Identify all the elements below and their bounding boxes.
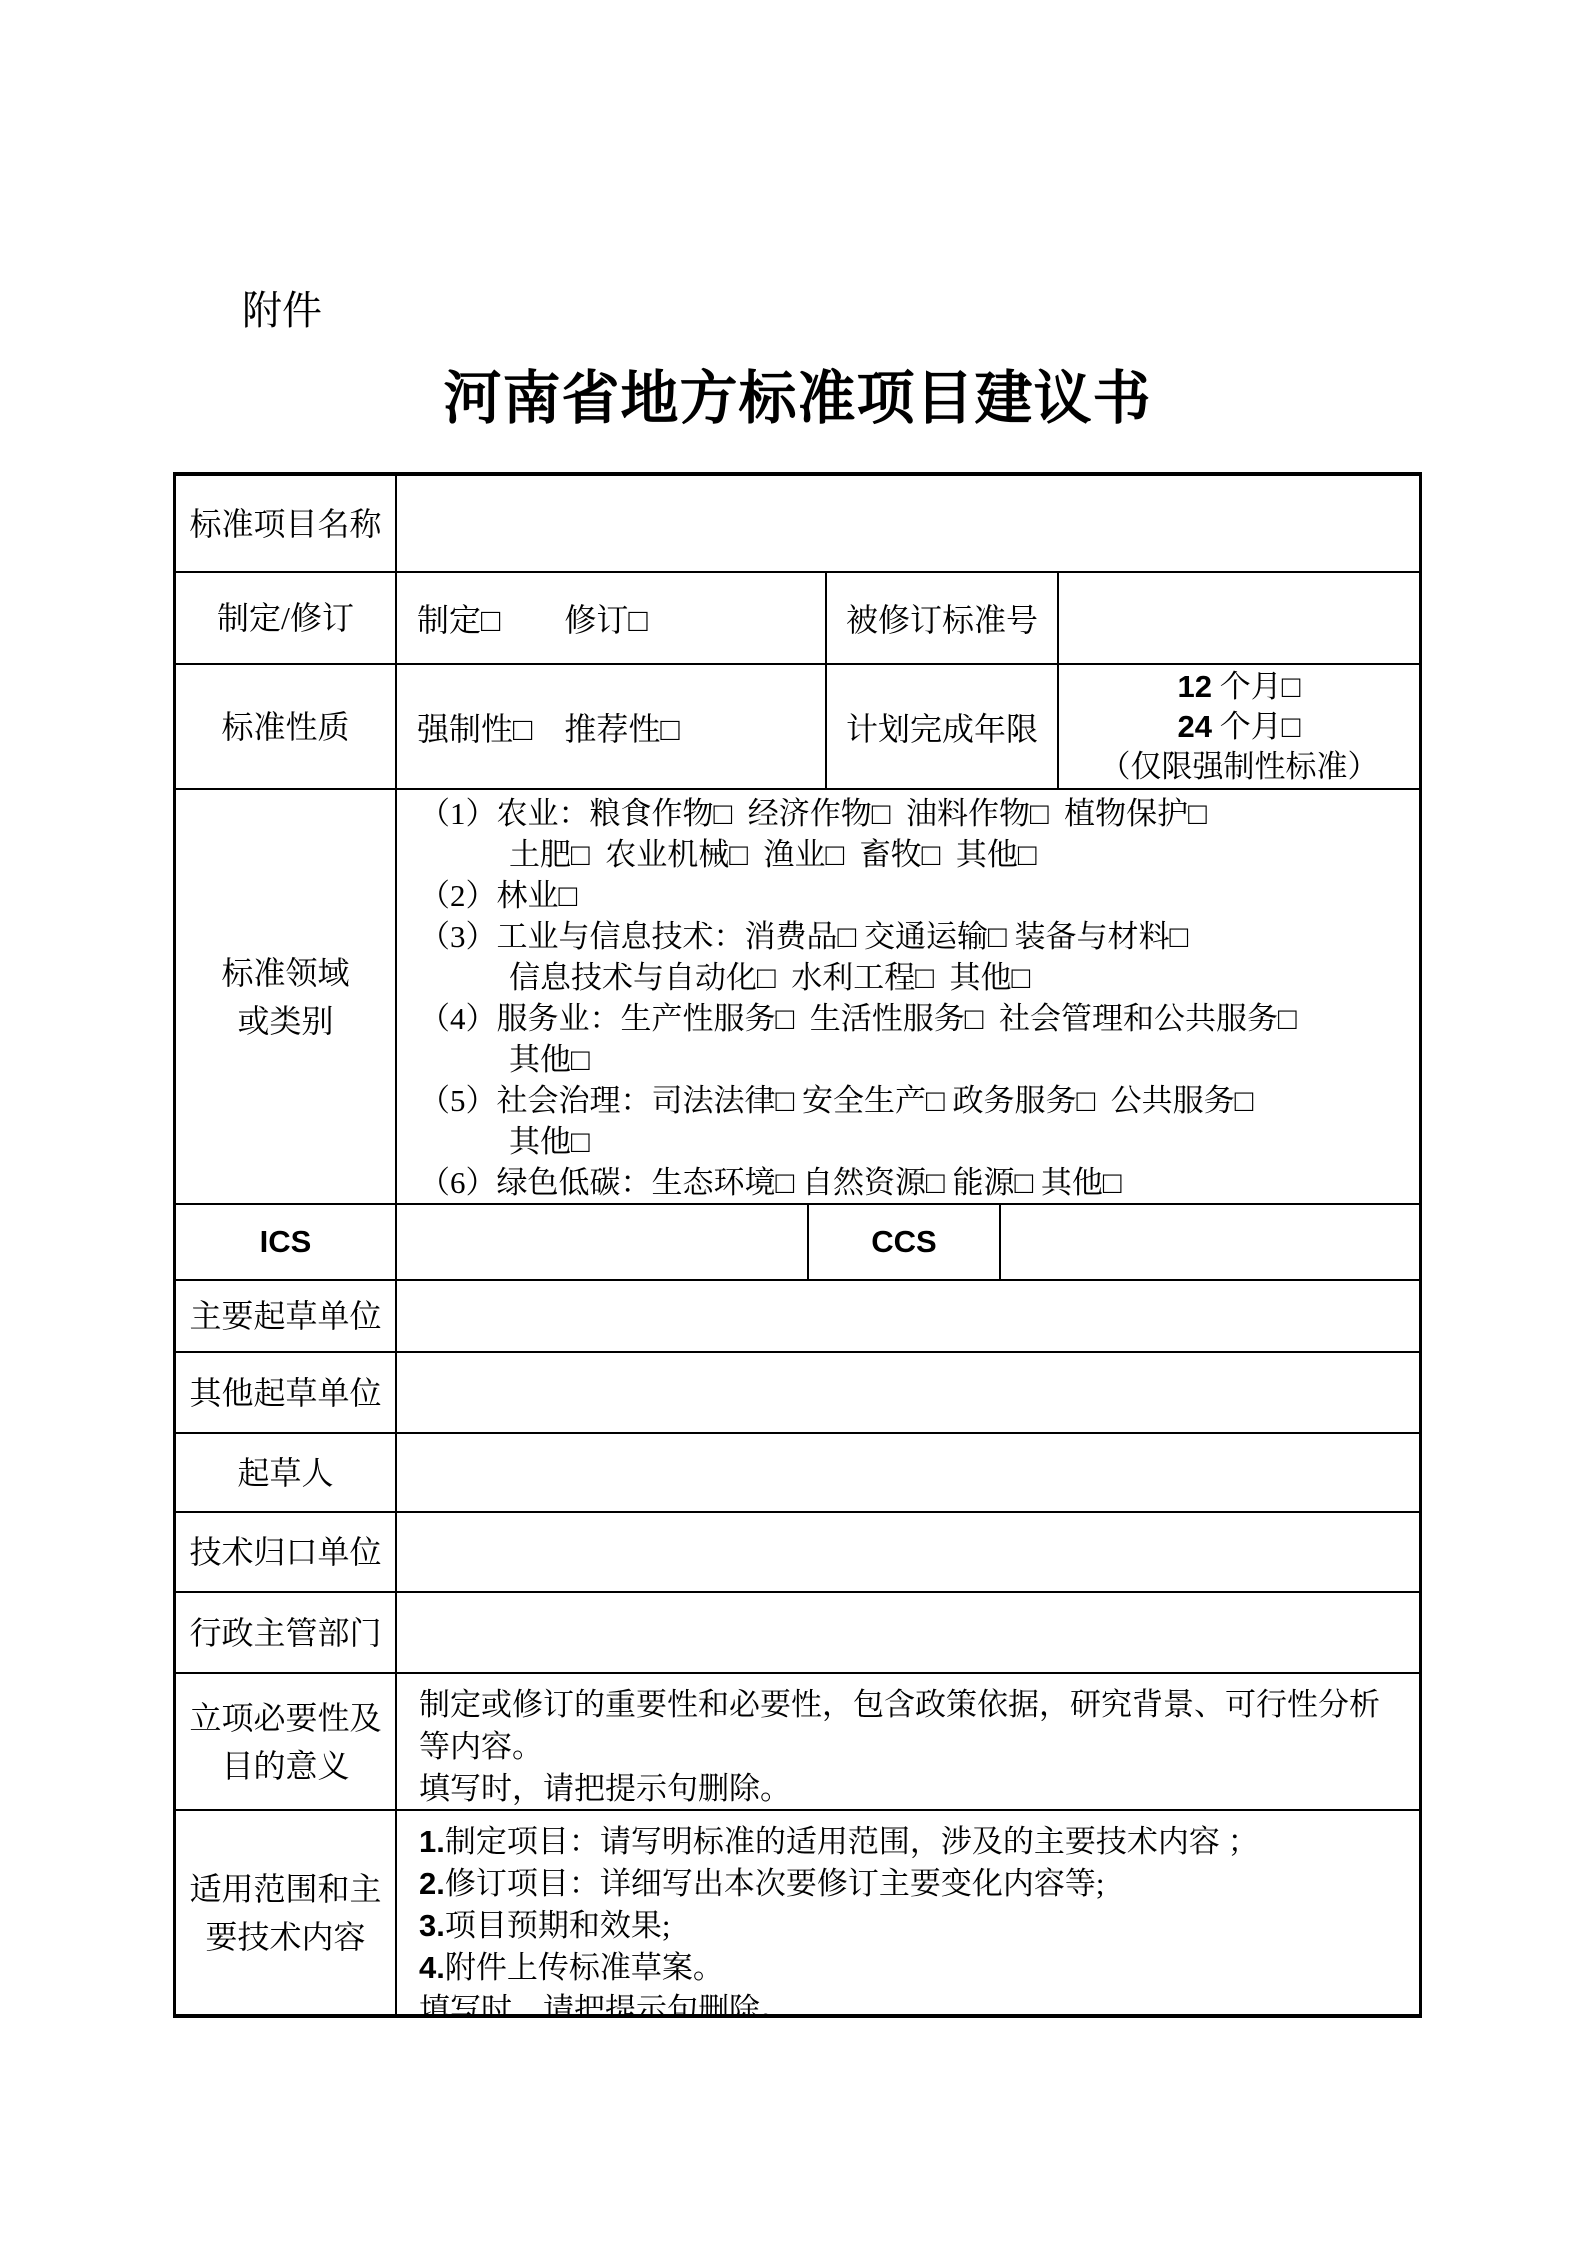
attachment-label: 附件 xyxy=(242,288,322,334)
standard-nature-checkboxes[interactable]: 强制性□ 推荐性□ xyxy=(397,665,827,788)
standard-domain-label-line1: 标准领域 xyxy=(221,949,349,997)
scope-line-number: 2. xyxy=(419,1866,445,1901)
technical-org-input-cell[interactable] xyxy=(397,1513,1419,1591)
plan-option-24-months[interactable]: 24 个月□ xyxy=(1178,707,1301,747)
other-drafting-org-label: 其他起草单位 xyxy=(176,1353,397,1432)
domain-option-industry-it[interactable]: （3）工业与信息技术：消费品□ 交通运输□ 装备与材料□ xyxy=(397,916,1419,957)
plan-24-number: 24 xyxy=(1178,709,1212,744)
row-main-drafting-org: 主要起草单位 xyxy=(176,1281,1419,1353)
necessity-hint-line: 制定或修订的重要性和必要性，包含政策依据，研究背景、可行性分析 xyxy=(419,1684,1399,1726)
scope-line-text: 附件上传标准草案。 xyxy=(445,1950,724,1985)
scope-line-text: 项目预期和效果; xyxy=(445,1908,671,1943)
project-name-label: 标准项目名称 xyxy=(176,476,397,571)
row-scope: 适用范围和主 要技术内容 1.制定项目：请写明标准的适用范围，涉及的主要技术内容… xyxy=(176,1811,1419,2014)
necessity-hint-text: 制定或修订的重要性和必要性，包含政策依据，研究背景、可行性分析 等内容。 填写时… xyxy=(397,1674,1419,1809)
row-other-drafting-org: 其他起草单位 xyxy=(176,1353,1419,1434)
main-drafting-org-input-cell[interactable] xyxy=(397,1281,1419,1351)
scope-hint-line: 2.修订项目：详细写出本次要修订主要变化内容等; xyxy=(419,1863,1399,1905)
plan-option-note: （仅限强制性标准） xyxy=(1100,747,1379,787)
revised-standard-no-label: 被修订标准号 xyxy=(827,573,1059,663)
admin-dept-label: 行政主管部门 xyxy=(176,1593,397,1672)
scope-line-number: 4. xyxy=(419,1950,445,1985)
standard-domain-options: （1）农业：粮食作物□ 经济作物□ 油料作物□ 植物保护□ 土肥□ 农业机械□ … xyxy=(397,790,1419,1203)
scope-line-text: 填写时，请把提示句删除。 xyxy=(419,1992,791,2014)
ccs-label: CCS xyxy=(809,1205,1001,1279)
domain-option-agriculture-2[interactable]: 土肥□ 农业机械□ 渔业□ 畜牧□ 其他□ xyxy=(397,834,1419,875)
row-admin-dept: 行政主管部门 xyxy=(176,1593,1419,1674)
standard-nature-label: 标准性质 xyxy=(176,665,397,788)
row-project-name: 标准项目名称 xyxy=(176,476,1419,573)
scope-label-line1: 适用范围和主 xyxy=(189,1865,381,1913)
domain-option-governance[interactable]: （5）社会治理：司法法律□ 安全生产□ 政务服务□ 公共服务□ xyxy=(397,1080,1419,1121)
necessity-label-line1: 立项必要性及 xyxy=(189,1694,381,1742)
plan-note-text: （仅限强制性标准） xyxy=(1100,749,1379,784)
project-name-input-cell[interactable] xyxy=(397,476,1419,571)
plan-24-text: 个月□ xyxy=(1212,709,1300,744)
scope-line-number: 3. xyxy=(419,1908,445,1943)
technical-org-label: 技术归口单位 xyxy=(176,1513,397,1591)
drafters-label: 起草人 xyxy=(176,1434,397,1511)
domain-option-services-2[interactable]: 其他□ xyxy=(397,1039,1419,1080)
row-technical-org: 技术归口单位 xyxy=(176,1513,1419,1593)
domain-option-governance-2[interactable]: 其他□ xyxy=(397,1121,1419,1162)
plan-option-12-months[interactable]: 12 个月□ xyxy=(1178,667,1301,707)
plan-12-text: 个月□ xyxy=(1212,669,1300,704)
scope-hint-line: 4.附件上传标准草案。 xyxy=(419,1947,1399,1989)
main-drafting-org-label: 主要起草单位 xyxy=(176,1281,397,1351)
document-page: 附件 河南省地方标准项目建议书 标准项目名称 制定/修订 制定□ 修订□ 被修订… xyxy=(0,0,1587,2245)
row-ics-ccs: ICS CCS xyxy=(176,1205,1419,1281)
ccs-input-cell[interactable] xyxy=(1001,1205,1419,1279)
scope-hint-text: 1.制定项目：请写明标准的适用范围，涉及的主要技术内容 ； 2.修订项目：详细写… xyxy=(397,1811,1419,2014)
domain-option-agriculture[interactable]: （1）农业：粮食作物□ 经济作物□ 油料作物□ 植物保护□ xyxy=(397,793,1419,834)
revise-type-checkboxes[interactable]: 制定□ 修订□ xyxy=(397,573,827,663)
revise-type-label: 制定/修订 xyxy=(176,573,397,663)
standard-domain-label-line2: 或类别 xyxy=(237,997,333,1045)
necessity-label-line2: 目的意义 xyxy=(221,1742,349,1790)
scope-label-line2: 要技术内容 xyxy=(205,1913,365,1961)
scope-line-text: 修订项目：详细写出本次要修订主要变化内容等; xyxy=(445,1866,1105,1901)
row-necessity: 立项必要性及 目的意义 制定或修订的重要性和必要性，包含政策依据，研究背景、可行… xyxy=(176,1674,1419,1811)
domain-option-green-low-carbon[interactable]: （6）绿色低碳：生态环境□ 自然资源□ 能源□ 其他□ xyxy=(397,1162,1419,1203)
ics-label: ICS xyxy=(176,1205,397,1279)
scope-line-number: 1. xyxy=(419,1824,445,1859)
plan-12-number: 12 xyxy=(1178,669,1212,704)
other-drafting-org-input-cell[interactable] xyxy=(397,1353,1419,1432)
standard-domain-label: 标准领域 或类别 xyxy=(176,790,397,1203)
necessity-hint-line: 填写时，请把提示句删除。 xyxy=(419,1768,1399,1809)
plan-completion-options: 12 个月□ 24 个月□ （仅限强制性标准） xyxy=(1059,665,1419,788)
row-revise-type: 制定/修订 制定□ 修订□ 被修订标准号 xyxy=(176,573,1419,665)
scope-hint-line: 填写时，请把提示句删除。 xyxy=(419,1989,1399,2014)
domain-option-industry-it-2[interactable]: 信息技术与自动化□ 水利工程□ 其他□ xyxy=(397,957,1419,998)
proposal-form-table: 标准项目名称 制定/修订 制定□ 修订□ 被修订标准号 标准性质 强制性□ 推荐… xyxy=(173,472,1422,2018)
scope-label: 适用范围和主 要技术内容 xyxy=(176,1811,397,2014)
ics-input-cell[interactable] xyxy=(397,1205,809,1279)
row-standard-domain: 标准领域 或类别 （1）农业：粮食作物□ 经济作物□ 油料作物□ 植物保护□ 土… xyxy=(176,790,1419,1205)
admin-dept-input-cell[interactable] xyxy=(397,1593,1419,1672)
row-drafters: 起草人 xyxy=(176,1434,1419,1513)
plan-completion-label: 计划完成年限 xyxy=(827,665,1059,788)
necessity-label: 立项必要性及 目的意义 xyxy=(176,1674,397,1809)
page-title: 河南省地方标准项目建议书 xyxy=(173,364,1422,434)
scope-hint-line: 1.制定项目：请写明标准的适用范围，涉及的主要技术内容 ； xyxy=(419,1821,1399,1863)
scope-line-text: 制定项目：请写明标准的适用范围，涉及的主要技术内容 ； xyxy=(445,1824,1259,1859)
drafters-input-cell[interactable] xyxy=(397,1434,1419,1511)
scope-hint-line: 3.项目预期和效果; xyxy=(419,1905,1399,1947)
revised-standard-no-input-cell[interactable] xyxy=(1059,573,1419,663)
necessity-hint-line: 等内容。 xyxy=(419,1726,1399,1768)
row-standard-nature: 标准性质 强制性□ 推荐性□ 计划完成年限 12 个月□ 24 个月□ （仅限强… xyxy=(176,665,1419,790)
domain-option-services[interactable]: （4）服务业：生产性服务□ 生活性服务□ 社会管理和公共服务□ xyxy=(397,998,1419,1039)
domain-option-forestry[interactable]: （2）林业□ xyxy=(397,875,1419,916)
